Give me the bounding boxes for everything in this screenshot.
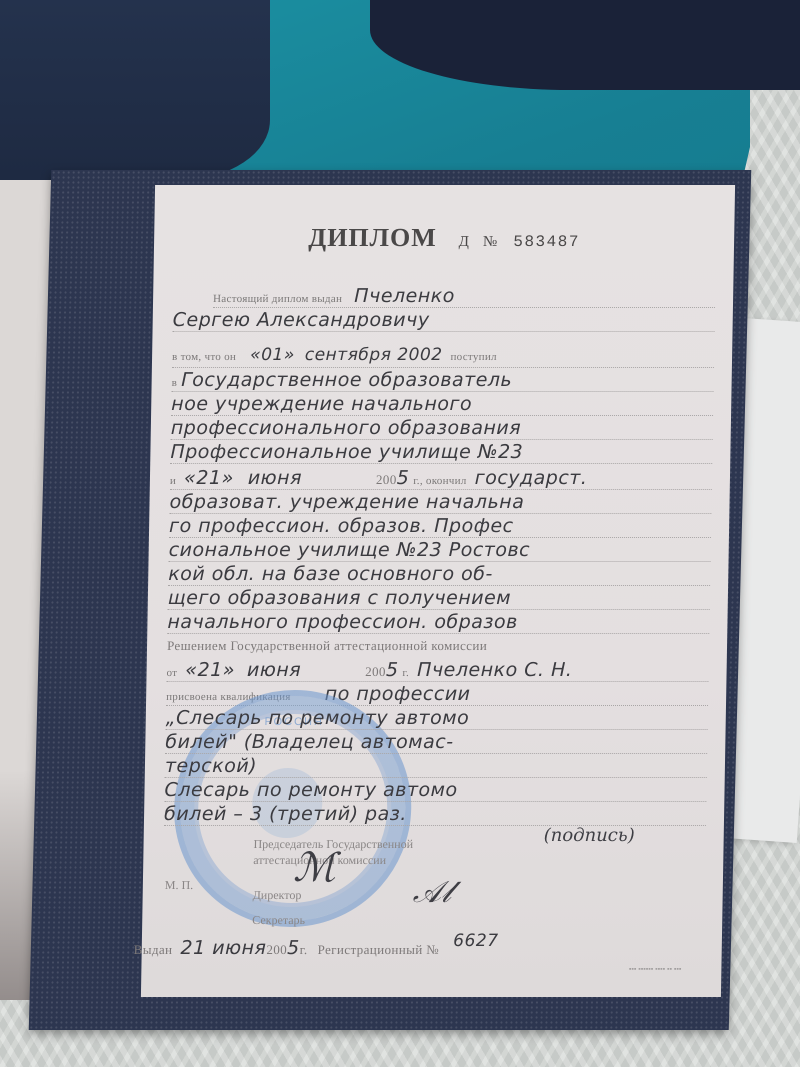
commission-year-label: г. bbox=[402, 667, 409, 679]
graduated-line-6: начального профессион. образов bbox=[167, 611, 709, 634]
institution-line-4: Профессиональное училище №23 bbox=[170, 441, 712, 464]
graduated-line-3: сиональное училище №23 Ростовс bbox=[169, 539, 711, 562]
issued-to-label: Настоящий диплом выдан bbox=[213, 293, 342, 305]
issued-label: Выдан bbox=[134, 942, 173, 957]
commission-year-prefix: 200 bbox=[365, 664, 386, 679]
institution-text: профессионального образования bbox=[171, 417, 522, 439]
graduated-line-1: образоват. учреждение начальна bbox=[169, 491, 711, 514]
qualification-line-2: билей" (Владелец автомас- bbox=[165, 731, 707, 754]
graduated-text: сиональное училище №23 Ростовс bbox=[169, 539, 531, 561]
qualification-line-5: билей – 3 (третий) раз. bbox=[164, 803, 706, 826]
graduation-month: июня bbox=[248, 467, 303, 489]
holder-surname: Пчеленко bbox=[354, 285, 455, 307]
commission-month: июня bbox=[247, 659, 302, 681]
issued-year-suffix: 5 bbox=[287, 937, 300, 959]
graduation-year-prefix: 200 bbox=[376, 472, 397, 487]
enroll-day: «01» bbox=[250, 345, 295, 365]
diploma-number: 583487 bbox=[513, 233, 580, 251]
qualification-text: „Слесарь по ремонту автомо bbox=[166, 707, 470, 729]
qualification-line-3: терской) bbox=[165, 755, 707, 778]
qualification-text: билей" (Владелец автомас- bbox=[165, 731, 454, 753]
background-navy-fabric-left bbox=[0, 0, 270, 180]
diploma-series: Д bbox=[459, 234, 470, 250]
institution-line-3: профессионального образования bbox=[171, 417, 713, 440]
institution-line-2: ное учреждение начального bbox=[171, 393, 713, 416]
chairman-signature: (подпись) bbox=[544, 825, 635, 846]
enrolled-label: поступил bbox=[450, 351, 497, 363]
institution-line-1: в Государственное образователь bbox=[171, 369, 713, 392]
enrollment-line: в том, что он «01» сентября 2002 поступи… bbox=[172, 345, 714, 368]
institution-text: Государственное образователь bbox=[181, 369, 512, 391]
printer-imprint: ▪▪▪ ▪▪▪▪▪▪ ▪▪▪▪ ▪▪ ▪▪▪ bbox=[629, 966, 682, 973]
holder-name-line: Сергею Александровичу bbox=[173, 309, 715, 332]
qualification-text: терской) bbox=[165, 755, 258, 777]
graduated-line-2: го профессион. образов. Профес bbox=[169, 515, 711, 538]
commission-heading: Решением Государственной аттестационной … bbox=[167, 637, 709, 659]
graduated-text: го профессион. образов. Профес bbox=[169, 515, 514, 537]
issued-year-label: г. bbox=[300, 942, 308, 957]
number-sign: № bbox=[483, 234, 498, 250]
graduated-text: государст. bbox=[475, 467, 588, 489]
qualification-line-4: Слесарь по ремонту автомо bbox=[164, 779, 706, 802]
registration-number: 6627 bbox=[453, 931, 499, 951]
commission-day: «21» bbox=[185, 659, 235, 681]
commission-date-line: от «21» июня 2005 г. Пчеленко С. Н. bbox=[166, 659, 708, 682]
from-label: от bbox=[166, 667, 177, 679]
graduated-text: образоват. учреждение начальна bbox=[169, 491, 524, 513]
qualification-text: билей – 3 (третий) раз. bbox=[164, 803, 407, 825]
qualification-text: Слесарь по ремонту автомо bbox=[164, 779, 457, 801]
graduated-text: кой обл. на базе основного об- bbox=[168, 563, 493, 585]
graduated-text: начального профессион. образов bbox=[167, 611, 518, 633]
director-signature: ℳ bbox=[293, 845, 337, 891]
holder-name-patronymic: Сергею Александровичу bbox=[173, 309, 430, 331]
graduation-year-suffix: 5 bbox=[397, 467, 410, 489]
commission-label: Решением Государственной аттестационной … bbox=[167, 638, 487, 653]
diploma-header: ДИПЛОМ Д № 583487 bbox=[154, 223, 735, 253]
issued-year-prefix: 200 bbox=[266, 942, 287, 957]
graduation-year-label: г., окончил bbox=[413, 475, 467, 487]
institution-text: Профессиональное училище №23 bbox=[170, 441, 523, 463]
issued-date-line: Выдан 21 июня2005г. Регистрационный № 66… bbox=[134, 937, 499, 959]
registration-label: Регистрационный № bbox=[318, 942, 440, 957]
graduated-text: щего образования с получением bbox=[168, 587, 512, 609]
qualification-line-1: „Слесарь по ремонту автомо bbox=[166, 707, 708, 730]
issued-to-line: Настоящий диплом выдан Пчеленко bbox=[213, 285, 715, 308]
issued-date: 21 июня bbox=[180, 937, 266, 959]
secretary-signature: 𝒜𝓁 bbox=[412, 875, 451, 910]
enroll-month-year: сентября 2002 bbox=[305, 345, 443, 365]
in-label: в bbox=[172, 377, 178, 389]
secretary-label: Секретарь bbox=[252, 913, 305, 928]
diploma-title: ДИПЛОМ bbox=[308, 223, 437, 252]
diploma-page: ДИПЛОМ Д № 583487 Настоящий диплом выдан… bbox=[141, 185, 735, 997]
that-he-label: в том, что он bbox=[172, 351, 236, 363]
graduated-line-4: кой обл. на базе основного об- bbox=[168, 563, 710, 586]
seal-label: М. П. bbox=[165, 878, 194, 893]
graduation-day: «21» bbox=[184, 467, 234, 489]
graduation-line: и «21» июня 2005 г., окончил государст. bbox=[170, 467, 712, 490]
commission-holder-name: Пчеленко С. Н. bbox=[417, 659, 573, 681]
graduated-line-5: щего образования с получением bbox=[168, 587, 710, 610]
and-label: и bbox=[170, 475, 176, 487]
commission-year-suffix: 5 bbox=[386, 659, 399, 681]
institution-text: ное учреждение начального bbox=[171, 393, 472, 415]
